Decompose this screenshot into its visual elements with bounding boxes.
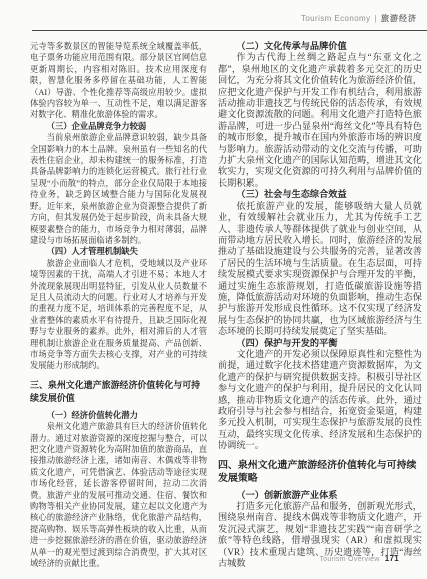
text-columns: 元寺等多数景区的智能导览系统全域覆盖率低，电子票务功能应用范围有限。部分景区官网… [30, 41, 422, 569]
footer-label: Tourism Overview [319, 556, 379, 563]
section-name-zh: 旅游经济 [381, 14, 417, 23]
journal-name-en: Tourism Economy [301, 14, 371, 23]
body-paragraph: 文化遗产的开发必须以保障原真性和完整性为前提，通过数字化技术搭建遗产资源数据库，… [218, 349, 422, 452]
journal-page: Tourism Economy|旅游经济 元寺等多数景区的智能导览系统全域覆盖率… [0, 0, 427, 579]
body-paragraph: 旅游企业面临人才危机，受地域以及产业环境等因素的干扰，高端人才引进不易；本地人才… [30, 258, 207, 372]
body-paragraph: 当前泉州旅游企业品牌意识较弱，缺少具备全国影响力的本土品牌。泉州虽有一些知名的代… [30, 132, 207, 246]
column-right: （二）文化传承与品牌价值作为古代海上丝绸之路起点与“东亚文化之都”，泉州地区的文… [218, 41, 422, 569]
subsection-heading: （一）创新旅游产业体系 [218, 490, 422, 501]
running-header: Tourism Economy|旅游经济 [301, 13, 417, 24]
running-footer: Tourism Overview171 [319, 554, 399, 563]
column-left: 元寺等多数景区的智能导览系统全域覆盖率低，电子票务功能应用范围有限。部分景区官网… [30, 41, 207, 569]
section-heading: 三、泉州文化遗产旅游经济价值转化与可持续发展价值 [30, 379, 207, 405]
subsection-heading: （二）文化传承与品牌价值 [218, 41, 422, 52]
subsection-heading: （三）社会与生态综合效益 [218, 189, 422, 200]
body-paragraph: 泉州文化遗产旅游具有巨大的经济价值转化潜力。通过对旅游资源的深度挖掘与整合，可以… [30, 421, 207, 569]
body-paragraph: 依托旅游产业的发展，能够吸纳大量人员就业，有效缓解社会就业压力，尤其为传统手工艺… [218, 201, 422, 338]
header-divider: | [375, 14, 377, 23]
subsection-heading: （四）人才管理机制缺失 [30, 246, 207, 257]
subsection-heading: （四）保护与开发的平衡 [218, 338, 422, 349]
subsection-heading: （三）企业品牌竞争力较弱 [30, 121, 207, 132]
body-paragraph: 作为古代海上丝绸之路起点与“东亚文化之都”，泉州地区的文化遗产承载着多元交汇的历… [218, 52, 422, 189]
page-number: 171 [385, 554, 399, 563]
header-rule [32, 30, 427, 31]
body-paragraph-continued: 元寺等多数景区的智能导览系统全域覆盖率低，电子票务功能应用范围有限。部分景区官网… [30, 41, 207, 121]
section-heading: 四、泉州文化遗产旅游经济价值转化与可持续发展策略 [218, 459, 422, 485]
subsection-heading: （一）经济价值转化潜力 [30, 410, 207, 421]
